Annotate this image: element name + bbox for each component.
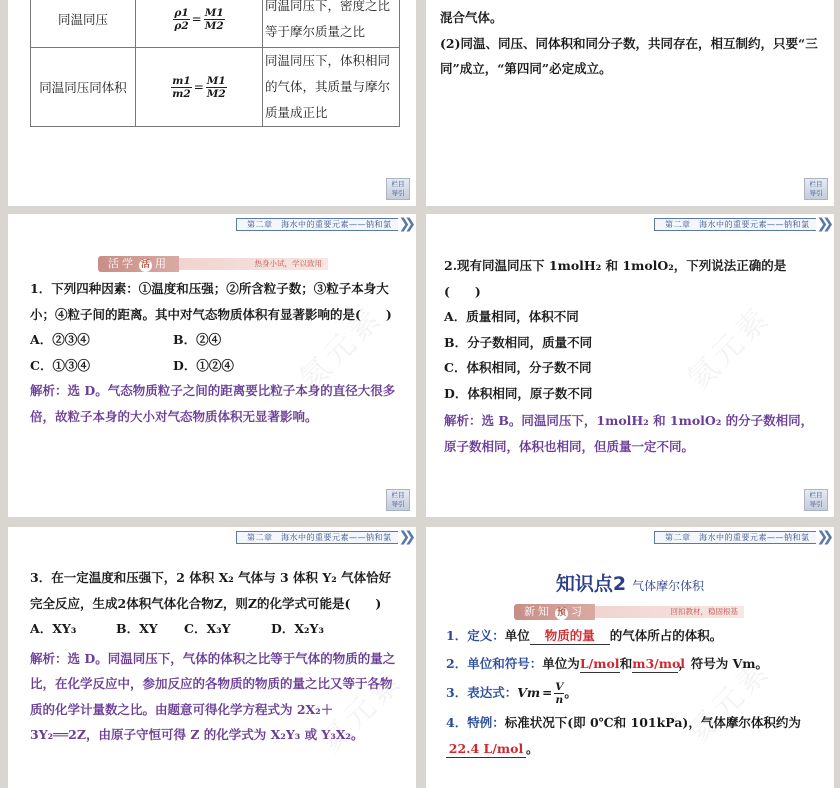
option-b[interactable]: B．②④ — [173, 327, 221, 353]
option-b[interactable]: B．XY — [116, 616, 184, 642]
knowledge-point-title: 知识点2气体摩尔体积 — [426, 569, 834, 596]
option-d[interactable]: D．X₂Y₃ — [271, 616, 324, 642]
section-tag: 活学活用 — [98, 256, 179, 272]
analysis-text: 解析：选 D。同温同压下，气体的体积之比等于气体的物质的量之比，在化学反应中，参… — [30, 646, 396, 748]
option-a[interactable]: A．②③④ — [30, 327, 173, 353]
table-row: 同温同压 ρ1ρ2=M1M2 同温同压下，密度之比等于摩尔质量之比 — [31, 0, 400, 48]
description-cell: 同温同压下，密度之比等于摩尔质量之比 — [263, 0, 400, 48]
chapter-banner: 第二章 海水中的重要元素——钠和氯❯❯ — [236, 530, 410, 545]
double-chevron-icon: ❯❯ — [399, 531, 410, 544]
question-text: 1．下列四种因素：①温度和压强；②所含粒子数；③粒子本身大小；④粒子间的距离。其… — [30, 276, 396, 327]
section-banner: 新知预习 回扣教材，稳固根基 — [514, 604, 744, 620]
units-item: 2．单位和符号：单位为L/mol和m3/mol，符号为 Vm。 — [446, 651, 820, 677]
table-row: 同温同压同体积 m1m2=M1M2 同温同压下，体积相同的气体，其质量与摩尔质量… — [31, 48, 400, 127]
slide-question-3: 第二章 海水中的重要元素——钠和氯❯❯ 3．在一定温度和压强下，2 体积 X₂ … — [8, 527, 416, 788]
note-paragraph: (2)同温、同压、同体积和同分子数，共同存在，相互制约，只要“三同”成立，“第四… — [440, 31, 820, 82]
condition-cell: 同温同压 — [31, 0, 136, 48]
nav-guide-button[interactable]: 栏目导引 — [804, 178, 828, 200]
option-d[interactable]: D．①②④ — [173, 353, 234, 379]
option-a[interactable]: A．质量相同，体积不同 — [444, 304, 820, 330]
chapter-banner: 第二章 海水中的重要元素——钠和氯❯❯ — [654, 530, 828, 545]
slide-gas-law-table: 同温同压 ρ1ρ2=M1M2 同温同压下，密度之比等于摩尔质量之比 同温同压同体… — [8, 0, 416, 206]
condition-cell: 同温同压同体积 — [31, 48, 136, 127]
nav-guide-button[interactable]: 栏目导引 — [804, 489, 828, 511]
option-d[interactable]: D．体积相同，原子数不同 — [444, 381, 820, 407]
slide-notes: 混合气体。 (2)同温、同压、同体积和同分子数，共同存在，相互制约，只要“三同”… — [426, 0, 834, 206]
option-c[interactable]: C．体积相同，分子数不同 — [444, 355, 820, 381]
definition-item: 1．定义：单位物质的量的气体所占的体积。 — [446, 623, 820, 649]
double-chevron-icon: ❯❯ — [817, 531, 828, 544]
formula-cell: ρ1ρ2=M1M2 — [136, 0, 263, 48]
option-c[interactable]: C．①③④ — [30, 353, 173, 379]
double-chevron-icon: ❯❯ — [399, 218, 410, 231]
special-case-item: 4．特例：标准状况下(即 0℃和 101kPa)，气体摩尔体积约为22.4 L/… — [446, 710, 820, 761]
section-banner: 活学活用 热身小试，学以致用 — [98, 256, 328, 272]
option-a[interactable]: A．XY₃ — [30, 616, 116, 642]
slide-question-2: 第二章 海水中的重要元素——钠和氯❯❯ 2.现有同温同压下 1molH₂ 和 1… — [426, 214, 834, 517]
option-c[interactable]: C．X₃Y — [184, 616, 271, 642]
section-tag: 新知预习 — [514, 604, 595, 620]
double-chevron-icon: ❯❯ — [817, 218, 828, 231]
question-text: 3．在一定温度和压强下，2 体积 X₂ 气体与 3 体积 Y₂ 气体恰好完全反应… — [30, 565, 396, 616]
answer-blank: 物质的量 — [530, 628, 610, 645]
nav-guide-button[interactable]: 栏目导引 — [386, 178, 410, 200]
nav-guide-button[interactable]: 栏目导引 — [386, 489, 410, 511]
question-text: 2.现有同温同压下 1molH₂ 和 1molO₂，下列说法正确的是( ) — [444, 253, 820, 304]
description-cell: 同温同压下，体积相同的气体，其质量与摩尔质量成正比 — [263, 48, 400, 127]
note-line: 混合气体。 — [440, 5, 820, 31]
option-b[interactable]: B．分子数相同，质量不同 — [444, 330, 820, 356]
slide-question-1: 第二章 海水中的重要元素——钠和氯❯❯ 活学活用 热身小试，学以致用 1．下列四… — [8, 214, 416, 517]
chapter-banner: 第二章 海水中的重要元素——钠和氯❯❯ — [236, 217, 410, 232]
slide-knowledge-point-2: 第二章 海水中的重要元素——钠和氯❯❯ 知识点2气体摩尔体积 新知预习 回扣教材… — [426, 527, 834, 788]
comparison-table: 同温同压 ρ1ρ2=M1M2 同温同压下，密度之比等于摩尔质量之比 同温同压同体… — [30, 0, 400, 127]
formula-cell: m1m2=M1M2 — [136, 48, 263, 127]
analysis-text: 解析：选 D。气态物质粒子之间的距离要比粒子本身的直径大很多倍，故粒子本身的大小… — [30, 378, 396, 429]
analysis-text: 解析：选 B。同温同压下，1molH₂ 和 1molO₂ 的分子数相同，原子数相… — [444, 408, 820, 459]
answer-blank: L/mol — [580, 656, 620, 673]
answer-blank: m3/mol — [632, 656, 678, 673]
expression-item: 3．表达式：Vm=Vn。 — [446, 680, 820, 706]
answer-blank: 22.4 L/mol — [446, 741, 526, 758]
chapter-banner: 第二章 海水中的重要元素——钠和氯❯❯ — [654, 217, 828, 232]
